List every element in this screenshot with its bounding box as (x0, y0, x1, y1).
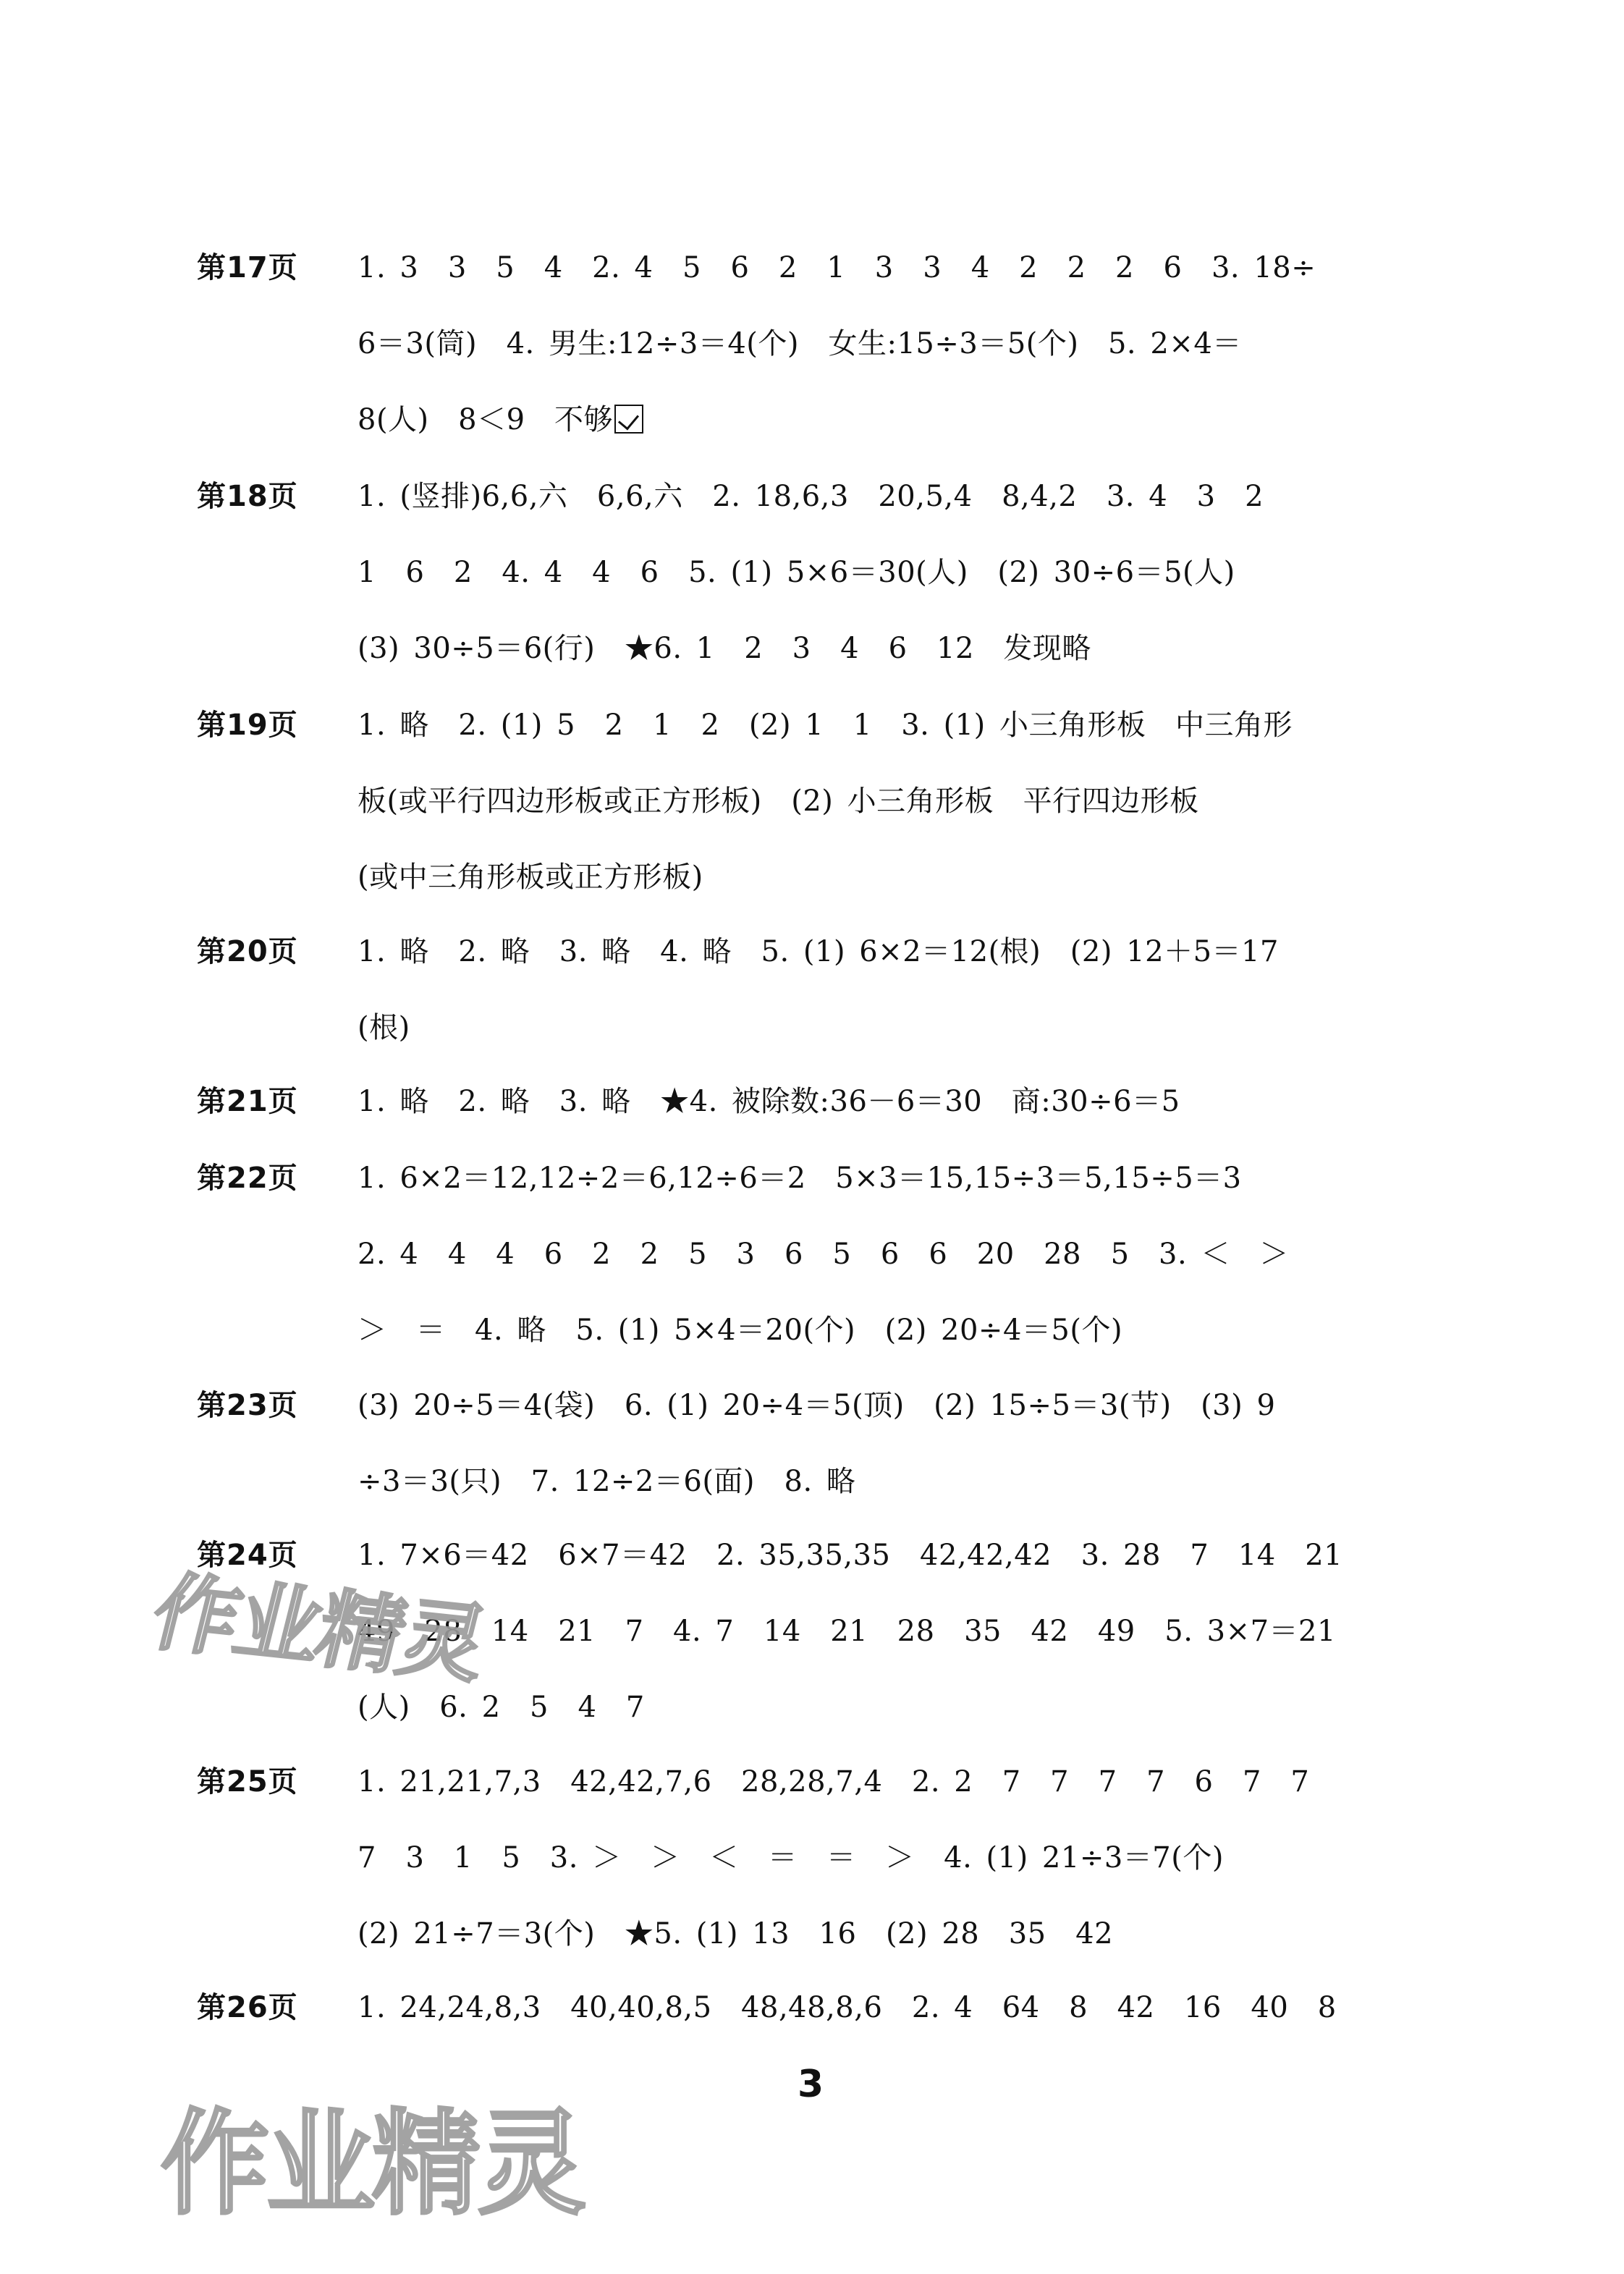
entry-label: 第25页 (197, 1744, 298, 1820)
entry-label: 第22页 (197, 1141, 298, 1217)
answer-line: 1. 3 3 5 4 2. 4 5 6 2 1 3 3 4 2 2 2 6 3.… (358, 230, 1443, 306)
answer-line: 1. 6×2＝12,12÷2＝6,12÷6＝2 5×3＝15,15÷3＝5,15… (358, 1141, 1443, 1217)
answer-line: 1. (竖排)6,6,六 6,6,六 2. 18,6,3 20,5,4 8,4,… (358, 459, 1443, 535)
entry-label: 第21页 (197, 1064, 298, 1140)
answer-line: 1. 略 2. 略 3. 略 ★4. 被除数:36－6＝30 商:30÷6＝5 (358, 1064, 1443, 1140)
answer-line: (3) 20÷5＝4(袋) 6. (1) 20÷4＝5(顶) (2) 15÷5＝… (358, 1368, 1443, 1444)
entry-lines: 1. 3 3 5 4 2. 4 5 6 2 1 3 3 4 2 2 2 6 3.… (358, 230, 1443, 458)
answer-line: (3) 30÷5＝6(行) ★6. 1 2 3 4 6 12 发现略 (358, 611, 1443, 687)
entry-lines: 1. 7×6＝42 6×7＝42 2. 35,35,35 42,42,42 3.… (358, 1518, 1443, 1746)
answer-line: 1. 略 2. (1) 5 2 1 2 (2) 1 1 3. (1) 小三角形板… (358, 688, 1443, 764)
answer-line: 1. 略 2. 略 3. 略 4. 略 5. (1) 6×2＝12(根) (2)… (358, 914, 1443, 990)
answer-line: ＞ ＝ 4. 略 5. (1) 5×4＝20(个) (2) 20÷4＝5(个) (358, 1293, 1443, 1369)
entry-lines: 1. 略 2. 略 3. 略 4. 略 5. (1) 6×2＝12(根) (2)… (358, 914, 1443, 1066)
answer-line: ÷3＝3(只) 7. 12÷2＝6(面) 8. 略 (358, 1444, 1443, 1520)
entry-label: 第20页 (197, 914, 298, 990)
answer-line: 2. 4 4 4 6 2 2 5 3 6 5 6 6 20 28 5 3. ＜ … (358, 1217, 1443, 1293)
answer-line: 49 28 14 21 7 4. 7 14 21 28 35 42 49 5. … (358, 1594, 1443, 1670)
answer-line: (人) 6. 2 5 4 7 (358, 1670, 1443, 1746)
answer-line: 6＝3(筒) 4. 男生:12÷3＝4(个) 女生:15÷3＝5(个) 5. 2… (358, 306, 1443, 382)
entry-lines: 1. 24,24,8,3 40,40,8,5 48,48,8,6 2. 4 64… (358, 1970, 1443, 2046)
entry-label: 第19页 (197, 688, 298, 764)
checked-box-icon (614, 405, 643, 434)
answer-line: 板(或平行四边形板或正方形板) (2) 小三角形板 平行四边形板 (358, 764, 1443, 840)
entry-lines: (3) 20÷5＝4(袋) 6. (1) 20÷4＝5(顶) (2) 15÷5＝… (358, 1368, 1443, 1520)
entry-label: 第17页 (197, 230, 298, 306)
entry-lines: 1. 略 2. 略 3. 略 ★4. 被除数:36－6＝30 商:30÷6＝5 (358, 1064, 1443, 1140)
answer-line: 1 6 2 4. 4 4 6 5. (1) 5×6＝30(人) (2) 30÷6… (358, 535, 1443, 611)
entry-label: 第26页 (197, 1970, 298, 2046)
answer-line: 7 3 1 5 3. ＞ ＞ ＜ ＝ ＝ ＞ 4. (1) 21÷3＝7(个) (358, 1820, 1443, 1896)
entry-lines: 1. 21,21,7,3 42,42,7,6 28,28,7,4 2. 2 7 … (358, 1744, 1443, 1972)
answer-line: 8(人) 8＜9 不够 (358, 382, 1443, 458)
answer-line: (根) (358, 990, 1443, 1066)
answer-line: (或中三角形板或正方形板) (358, 840, 1443, 916)
entry-label: 第18页 (197, 459, 298, 535)
entry-lines: 1. (竖排)6,6,六 6,6,六 2. 18,6,3 20,5,4 8,4,… (358, 459, 1443, 687)
entry-label: 第23页 (197, 1368, 298, 1444)
answer-line: 1. 21,21,7,3 42,42,7,6 28,28,7,4 2. 2 7 … (358, 1744, 1443, 1820)
watermark-logo: 作业精灵 (161, 2072, 583, 2236)
answer-line: 1. 7×6＝42 6×7＝42 2. 35,35,35 42,42,42 3.… (358, 1518, 1443, 1594)
entry-lines: 1. 6×2＝12,12÷2＝6,12÷6＝2 5×3＝15,15÷3＝5,15… (358, 1141, 1443, 1369)
page-number: 3 (798, 2063, 824, 2106)
answer-line: (2) 21÷7＝3(个) ★5. (1) 13 16 (2) 28 35 42 (358, 1896, 1443, 1972)
entry-lines: 1. 略 2. (1) 5 2 1 2 (2) 1 1 3. (1) 小三角形板… (358, 688, 1443, 916)
answer-line: 1. 24,24,8,3 40,40,8,5 48,48,8,6 2. 4 64… (358, 1970, 1443, 2046)
answer-line-text: 8(人) 8＜9 不够 (358, 403, 613, 436)
